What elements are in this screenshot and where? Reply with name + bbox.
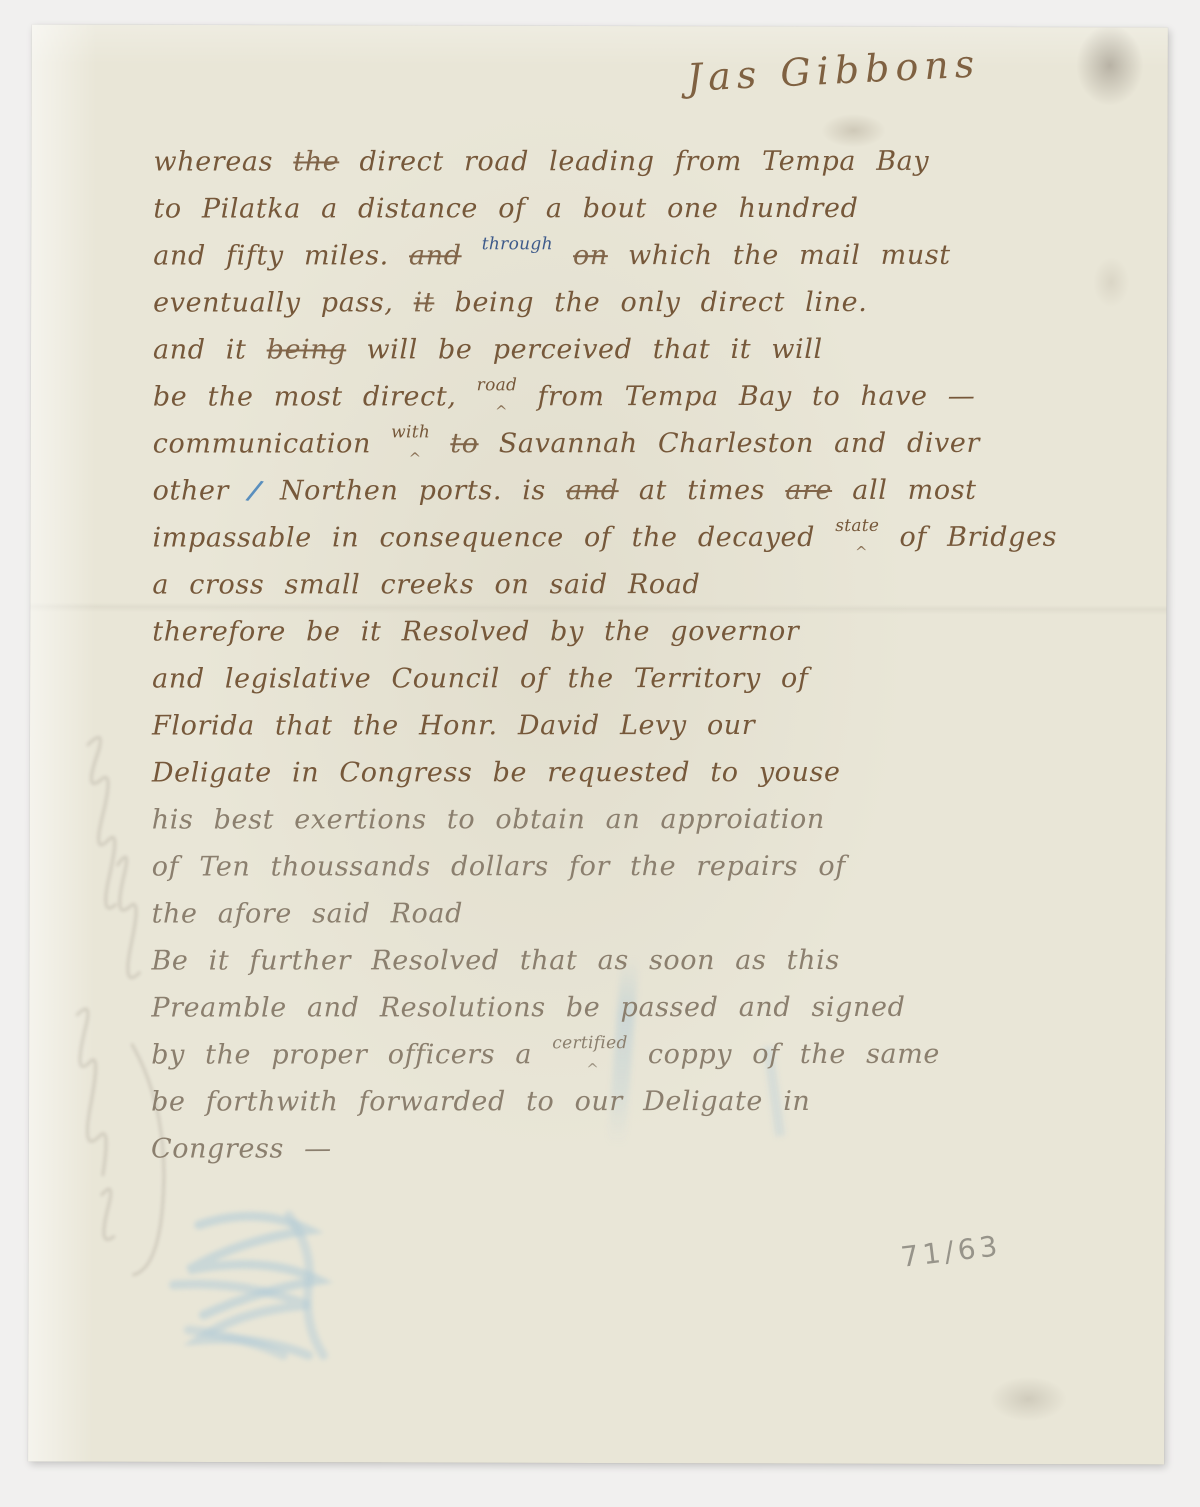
manuscript-line: the afore said Road [152,890,1142,938]
struck-word: are [785,475,832,506]
inserted-word: through [482,238,553,250]
manuscript-line: Deligate in Congress be requested to you… [152,749,1142,797]
handwritten-text: at times [639,475,765,506]
handwritten-text: impassable in consequence of the decayed [153,522,815,554]
handwritten-text: be the most direct, [153,381,457,412]
manuscript-line: be the most direct, road from Tempa Bay … [153,373,1143,421]
header-signature: Jas Gibbons [686,41,981,100]
manuscript-line: Be it further Resolved that as soon as t… [151,937,1141,985]
handwritten-text: Congress — [151,1133,332,1164]
handwritten-text: Be it further Resolved that as soon as t… [151,945,839,977]
handwritten-text: by the proper officers a [151,1039,532,1070]
handwritten-text: therefore be it Resolved by the governor [152,616,799,648]
inserted-word: road [477,379,518,391]
handwritten-text: and legislative Council of the Territory… [152,663,808,695]
handwritten-text: and it [153,334,246,365]
handwritten-text: the afore said Road [152,898,463,929]
manuscript-line: his best exertions to obtain an approiat… [152,796,1142,844]
handwritten-text: be forthwith forwarded to our Deligate i… [151,1086,810,1118]
struck-word: and [409,240,462,271]
manuscript-line: be forthwith forwarded to our Deligate i… [151,1078,1141,1126]
inserted-word: certified [552,1037,627,1049]
handwritten-text: his best exertions to obtain an approiat… [152,804,825,836]
handwritten-text: of Ten thoussands dollars for the repair… [152,851,846,883]
handwritten-text: direct road leading from Tempa Bay [359,146,929,177]
manuscript-paper: Jas Gibbons whereas the direct road lead… [28,25,1168,1465]
manuscript-line: Congress — [151,1125,1141,1173]
struck-word: and [566,475,619,506]
blue-pen-mark: ∕ [244,467,264,515]
handwritten-text: communication [153,428,371,459]
handwritten-text: Deligate in Congress be requested to you… [152,757,841,789]
struck-word: being [267,334,347,365]
handwritten-text: other [153,475,229,506]
manuscript-line: by the proper officers a certified coppy… [151,1031,1141,1079]
handwritten-text: Northen ports. is [280,475,546,506]
handwritten-text: which the mail must [628,240,951,271]
handwritten-text: Preamble and Resolutions be passed and s… [151,992,905,1024]
handwritten-text: Florida that the Honr. David Levy our [152,710,755,742]
manuscript-line: of Ten thoussands dollars for the repair… [152,843,1142,891]
handwritten-text: all most [852,475,976,506]
manuscript-line: eventually pass, it being the only direc… [153,279,1143,327]
handwritten-text: whereas [154,146,274,177]
handwritten-text: coppy of the same [648,1039,940,1070]
manuscript-line: to Pilatka a distance of a bout one hund… [153,185,1143,233]
inserted-word: with [391,426,430,438]
struck-word: on [573,240,608,271]
struck-word: the [293,146,339,177]
handwritten-text: eventually pass, [153,287,393,318]
struck-word: it [414,287,435,318]
handwritten-text: and fifty miles. [153,240,389,271]
handwritten-text: of Bridges [899,522,1057,553]
handwritten-text: being the only direct line. [455,287,868,318]
manuscript-line: a cross small creeks on said Road [152,561,1142,609]
manuscript-line: and it being will be perceived that it w… [153,326,1143,374]
manuscript-line: therefore be it Resolved by the governor [152,608,1142,656]
archival-number: 71/63 [899,1229,1003,1274]
handwritten-text: Savannah Charleston and diver [499,428,980,459]
struck-word: to [450,428,478,459]
manuscript-line: other ∕ Northen ports. is and at times a… [153,467,1143,515]
manuscript-line: impassable in consequence of the decayed… [153,514,1143,562]
manuscript-line: communication with to Savannah Charlesto… [153,420,1143,468]
manuscript-line: and legislative Council of the Territory… [152,655,1142,703]
manuscript-text: whereas the direct road leading from Tem… [151,137,1144,1174]
manuscript-line: Florida that the Honr. David Levy our [152,702,1142,750]
handwritten-text: from Tempa Bay to have — [537,381,975,412]
handwritten-text: to Pilatka a distance of a bout one hund… [153,193,858,225]
inserted-word: state [835,520,879,532]
manuscript-line: whereas the direct road leading from Tem… [154,138,1144,186]
manuscript-line: and fifty miles. and through on which th… [153,232,1143,280]
handwritten-text: a cross small creeks on said Road [152,569,700,600]
blue-crayon-smudge [128,1190,388,1381]
manuscript-line: Preamble and Resolutions be passed and s… [151,984,1141,1032]
handwritten-text: will be perceived that it will [366,334,822,365]
